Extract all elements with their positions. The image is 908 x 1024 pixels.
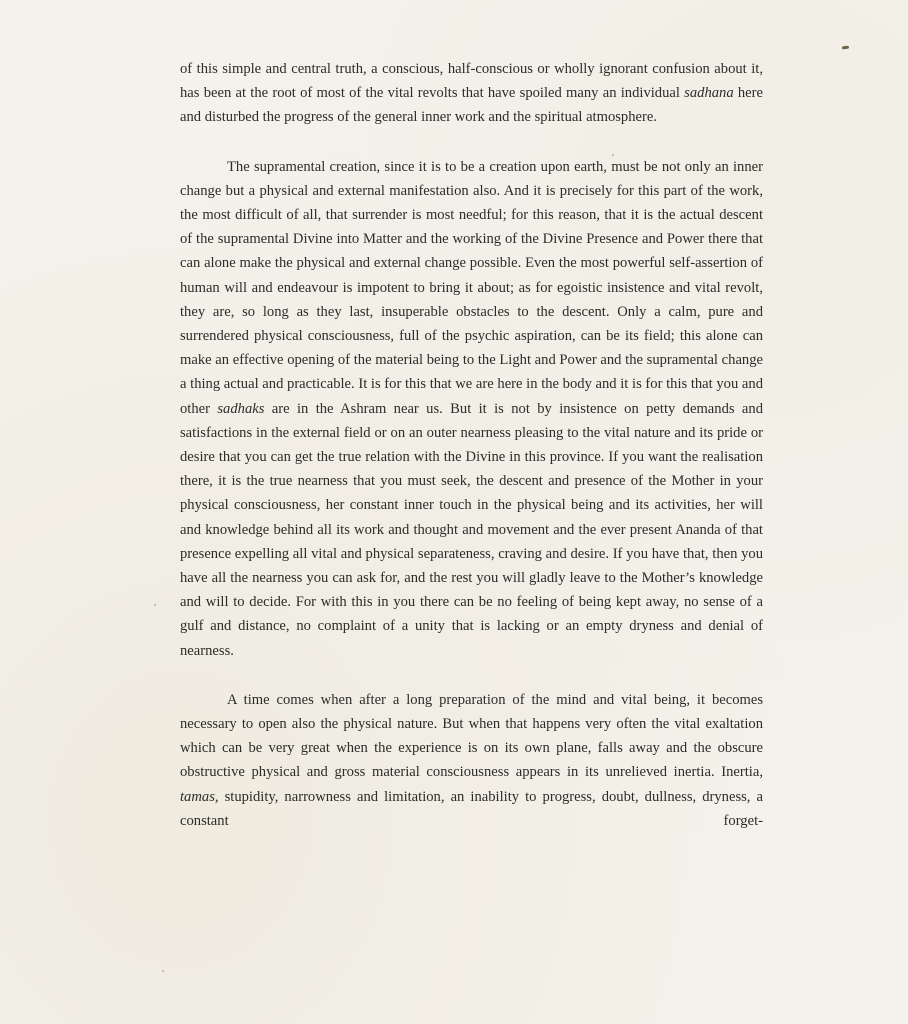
paragraph-3: A time comes when after a long preparati… bbox=[180, 688, 763, 833]
document-body: of this simple and central truth, a cons… bbox=[180, 57, 763, 858]
italic-term-tamas: tamas, bbox=[180, 789, 219, 805]
italic-term-sadhaks: sadhaks bbox=[217, 401, 264, 417]
paper-speck bbox=[162, 970, 164, 972]
text-segment: stupidity, narrowness and limitation, an… bbox=[180, 789, 763, 829]
text-segment: of this simple and central truth, a cons… bbox=[180, 61, 763, 101]
text-segment: The supramental creation, since it is to… bbox=[180, 159, 763, 417]
ink-speck-mark bbox=[842, 46, 849, 50]
scanned-page: of this simple and central truth, a cons… bbox=[0, 0, 908, 1024]
paragraph-1: of this simple and central truth, a cons… bbox=[180, 57, 763, 130]
text-segment: A time comes when after a long preparati… bbox=[180, 692, 763, 781]
italic-term-sadhana: sadhana bbox=[684, 85, 733, 101]
paper-speck bbox=[154, 604, 156, 606]
text-segment: are in the Ashram near us. But it is not… bbox=[180, 401, 763, 659]
paragraph-2: The supramental creation, since it is to… bbox=[180, 155, 763, 663]
